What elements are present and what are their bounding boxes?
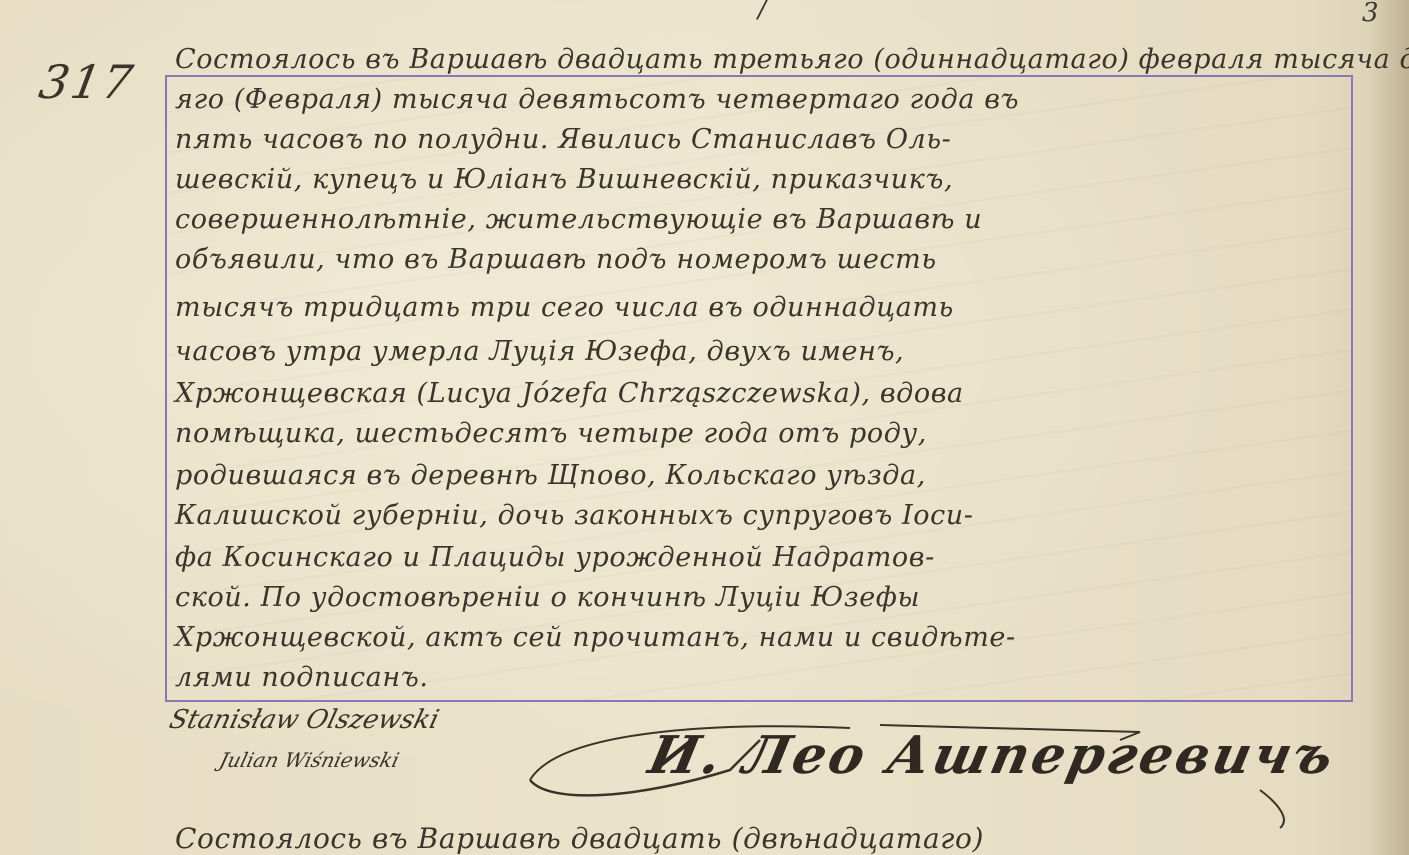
- record-line-10: помѣщика, шестьдесятъ четыре года отъ ро…: [175, 418, 1365, 450]
- witness-1-signature: Stanisław Olszewski: [166, 705, 442, 735]
- record-line-11: родившаяся въ деревнѣ Щпово, Кольскаго у…: [175, 460, 1365, 492]
- witness-2-signature: Julian Wiśniewski: [217, 748, 402, 772]
- record-line-13: фа Косинскаго и Плациды урожденной Надра…: [175, 542, 1365, 574]
- record-line-16: лями подписанъ.: [175, 662, 1365, 694]
- record-line-4: шевскій, купецъ и Юліанъ Вишневскій, при…: [175, 164, 1365, 196]
- top-mark-slash: /: [758, 0, 767, 24]
- book-gutter-shadow: [1369, 0, 1409, 855]
- record-line-2: яго (Февраля) тысяча девятьсотъ четверта…: [175, 84, 1365, 116]
- record-number: 317: [35, 55, 138, 109]
- record-line-9: Хржонщевская (Lucya Józefa Chrząszczewsk…: [175, 378, 1365, 410]
- record-line-3: пять часовъ по полудни. Явились Станисла…: [175, 124, 1365, 156]
- record-line-6: объявили, что въ Варшавѣ подъ номеромъ ш…: [175, 244, 1365, 276]
- record-line-14: ской. По удостовѣреніи о кончинѣ Луціи Ю…: [175, 582, 1365, 614]
- ledger-page: / 3 317 Состоялось въ Варшавѣ двадцать т…: [0, 0, 1409, 855]
- record-line-8: часовъ утра умерла Луція Юзефа, двухъ им…: [175, 336, 1365, 368]
- record-line-1: Состоялось въ Варшавѣ двадцать третьяго …: [175, 44, 1365, 76]
- next-record-first-line: Состоялось въ Варшавѣ двадцать (двѣнадца…: [175, 822, 984, 855]
- record-line-7: тысячъ тридцать три сего числа въ одинна…: [175, 292, 1365, 324]
- record-line-15: Хржонщевской, актъ сей прочитанъ, нами и…: [175, 622, 1365, 654]
- record-line-5: совершеннолѣтніе, жительствующіе въ Варш…: [175, 204, 1365, 236]
- top-mark-folio: 3: [1362, 0, 1379, 28]
- record-line-12: Калишской губерніи, дочь законныхъ супру…: [175, 500, 1365, 532]
- official-signature: И. Лео Ашпергевичъ: [644, 725, 1342, 786]
